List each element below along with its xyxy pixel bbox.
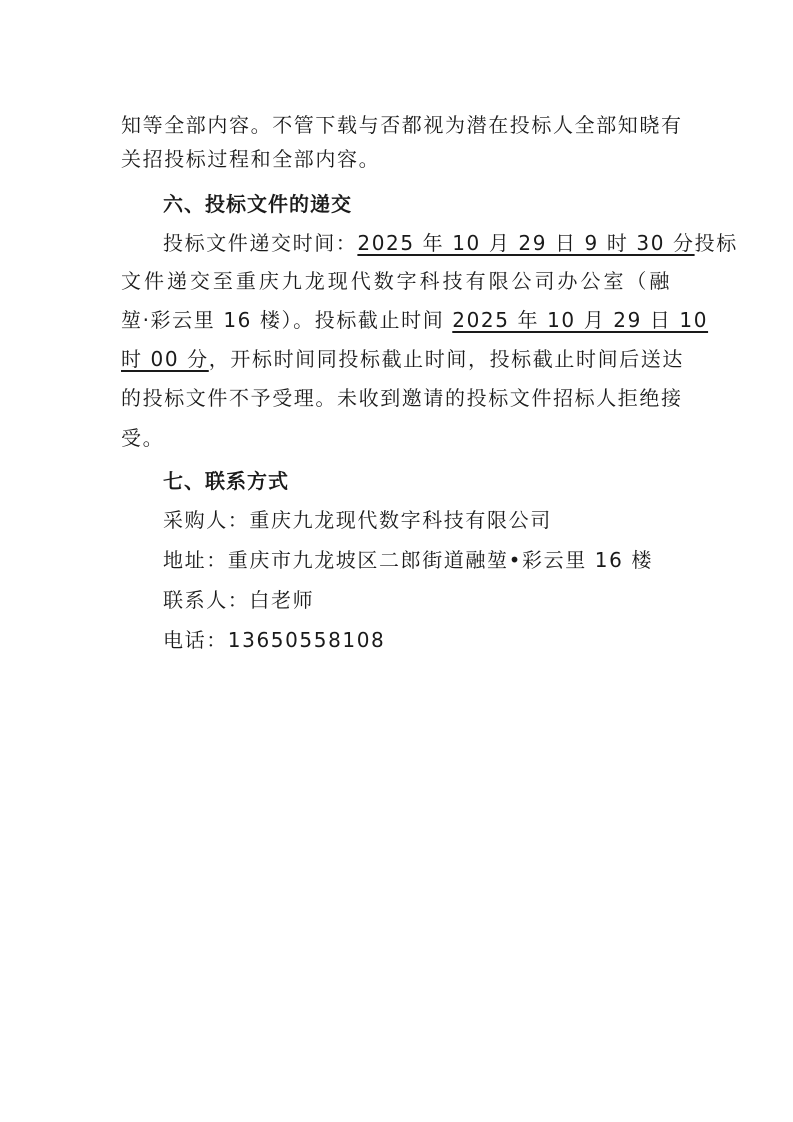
section-6-line-6: 受。 [121,425,671,451]
deadline-label: 堃·彩云里 16 楼）。投标截止时间 [121,308,452,332]
address: 地址：重庆市九龙坡区二郎街道融堃•彩云里 16 楼 [163,547,671,573]
intro-line-1: 知等全部内容。不管下载与否都视为潜在投标人全部知晓有 [121,112,671,138]
purchaser: 采购人：重庆九龙现代数字科技有限公司 [163,507,671,533]
intro-line-2: 关招投标过程和全部内容。 [121,146,671,172]
section-6-line-1: 投标文件递交时间：2025 年 10 月 29 日 9 时 30 分投标 [163,230,671,256]
opening-time-text: ，开标时间同投标截止时间，投标截止时间后送达 [209,347,684,371]
deadline-value-part1: 2025 年 10 月 29 日 10 [452,308,708,332]
contact-person: 联系人：白老师 [163,587,671,613]
section-7-title: 七、联系方式 [163,468,713,494]
deadline-value-part2: 时 00 分 [121,347,209,371]
section-6-line-2: 文件递交至重庆九龙现代数字科技有限公司办公室（融 [121,268,671,294]
section-6-title: 六、投标文件的递交 [163,191,713,217]
submit-time-label: 投标文件递交时间： [163,231,357,255]
submit-time-value: 2025 年 10 月 29 日 9 时 30 分 [357,231,694,255]
section-6-line-5: 的投标文件不予受理。未收到邀请的投标文件招标人拒绝接 [121,385,671,411]
phone: 电话：13650558108 [163,627,671,653]
section-6-line-4: 时 00 分，开标时间同投标截止时间，投标截止时间后送达 [121,346,671,372]
submit-time-suffix: 投标 [695,231,738,255]
section-6-line-3: 堃·彩云里 16 楼）。投标截止时间 2025 年 10 月 29 日 10 [121,307,671,333]
